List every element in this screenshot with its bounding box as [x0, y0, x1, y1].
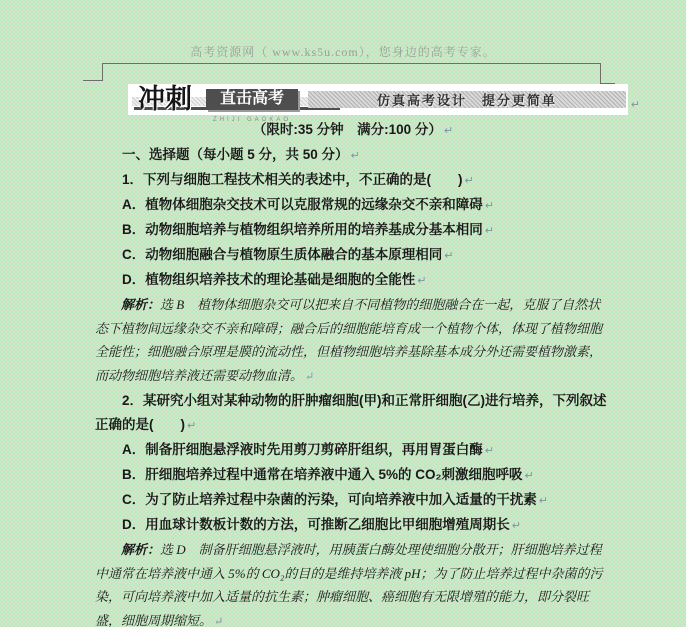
question-2-option-c: C．为了防止培养过程中杂菌的污染，可向培养液中加入适量的干扰素↵	[95, 488, 611, 513]
paragraph-mark: ↵	[417, 275, 426, 287]
question-2-analysis: 解析：选 D 制备肝细胞悬浮液时，用胰蛋白酶处理使细胞分散开；肝细胞培养过程中通…	[95, 538, 611, 627]
question-2-stem-text: 2．某研究小组对某种动物的肝肿瘤细胞(甲)和正常肝细胞(乙)进行培养，下列叙述正…	[95, 393, 607, 432]
page-border-line	[83, 80, 103, 81]
question-1-stem-text: 1．下列与细胞工程技术相关的表述中，不正确的是( )	[122, 172, 463, 187]
option-text: B．动物细胞培养与植物组织培养所用的培养基成分基本相同	[122, 222, 483, 237]
question-1-option-a: A．植物体细胞杂交技术可以克服常规的远缘杂交不亲和障碍↵	[95, 193, 611, 218]
section-heading: 一、选择题（每小题 5 分，共 50 分）↵	[95, 143, 611, 168]
question-1-analysis: 解析：选 B 植物体细胞杂交可以把来自不同植物的细胞融合在一起，克服了自然状态下…	[95, 293, 611, 389]
analysis-text: 选 B 植物体细胞杂交可以把来自不同植物的细胞融合在一起，克服了自然状态下植物间…	[95, 297, 602, 383]
paragraph-mark: ↵	[444, 250, 453, 262]
option-text: B．肝细胞培养过程中通常在培养液中通入 5%的 CO₂刺激细胞呼吸	[122, 467, 523, 482]
paragraph-mark: ↵	[444, 125, 453, 137]
paragraph-mark: ↵	[465, 175, 474, 187]
paragraph-mark: ↵	[485, 445, 494, 457]
paragraph-mark: ↵	[187, 420, 196, 432]
option-text: C．动物细胞融合与植物原生质体融合的基本原理相同	[122, 247, 442, 262]
page-border-line	[102, 63, 103, 81]
question-1-option-c: C．动物细胞融合与植物原生质体融合的基本原理相同↵	[95, 243, 611, 268]
question-2-option-d: D．用血球计数板计数的方法，可推断乙细胞比甲细胞增殖周期长↵	[95, 513, 611, 538]
section-heading-text: 一、选择题（每小题 5 分，共 50 分）	[122, 147, 349, 162]
analysis-label: 解析：	[121, 297, 160, 312]
banner-tagline-bar: 仿真高考设计 提分更简单	[308, 91, 626, 108]
question-1-option-b: B．动物细胞培养与植物组织培养所用的培养基成分基本相同↵	[95, 218, 611, 243]
question-2-stem: 2．某研究小组对某种动物的肝肿瘤细胞(甲)和正常肝细胞(乙)进行培养，下列叙述正…	[95, 389, 611, 438]
option-text: A．植物体细胞杂交技术可以克服常规的远缘杂交不亲和障碍	[122, 197, 483, 212]
option-text: C．为了防止培养过程中杂菌的污染，可向培养液中加入适量的干扰素	[122, 492, 537, 507]
page-border-line	[102, 63, 601, 64]
paragraph-mark: ↵	[512, 520, 521, 532]
question-1-option-d: D．植物组织培养技术的理论基础是细胞的全能性↵	[95, 268, 611, 293]
paragraph-mark: ↵	[485, 200, 494, 212]
paragraph-mark: ↵	[351, 150, 360, 162]
time-score-line: （限时:35 分钟 满分:100 分）↵	[95, 118, 611, 143]
document-page: 高考资源网（ www.ks5u.com），您身边的高考专家。 冲刺 直击高考 Z…	[0, 0, 686, 627]
page-border-line	[600, 63, 601, 84]
paragraph-mark: ↵	[485, 225, 494, 237]
paragraph-mark: ↵	[525, 470, 534, 482]
analysis-label: 解析：	[121, 542, 160, 557]
exam-banner: 冲刺 直击高考 ZHIJI GAOKAO 仿真高考设计 提分更简单 ↵	[128, 84, 628, 115]
paragraph-mark: ↵	[539, 495, 548, 507]
question-1-stem: 1．下列与细胞工程技术相关的表述中，不正确的是( )↵	[95, 168, 611, 193]
option-text: A．制备肝细胞悬浮液时先用剪刀剪碎肝组织，再用胃蛋白酶	[122, 442, 483, 457]
analysis-text: 选 D 制备肝细胞悬浮液时，用胰蛋白酶处理使细胞分散开；肝细胞培养过程中通常在培…	[95, 542, 603, 627]
question-2-option-a: A．制备肝细胞悬浮液时先用剪刀剪碎肝组织，再用胃蛋白酶↵	[95, 438, 611, 463]
paragraph-mark: ↵	[214, 616, 223, 627]
question-2-option-b: B．肝细胞培养过程中通常在培养液中通入 5%的 CO₂刺激细胞呼吸↵	[95, 463, 611, 488]
banner-title-box: 直击高考 ZHIJI GAOKAO	[206, 89, 298, 110]
option-text: D．植物组织培养技术的理论基础是细胞的全能性	[122, 272, 415, 287]
paragraph-mark: ↵	[631, 98, 640, 111]
paragraph-mark: ↵	[305, 371, 314, 383]
banner-title: 直击高考	[220, 90, 284, 107]
banner-subtitle: ZHIJI GAOKAO	[213, 111, 291, 129]
banner-tagline: 仿真高考设计 提分更简单	[377, 90, 557, 109]
option-text: D．用血球计数板计数的方法，可推断乙细胞比甲细胞增殖周期长	[122, 517, 510, 532]
banner-brand: 冲刺	[138, 86, 192, 113]
site-watermark: 高考资源网（ www.ks5u.com），您身边的高考专家。	[0, 43, 686, 60]
exam-content: （限时:35 分钟 满分:100 分）↵ 一、选择题（每小题 5 分，共 50 …	[95, 118, 611, 627]
